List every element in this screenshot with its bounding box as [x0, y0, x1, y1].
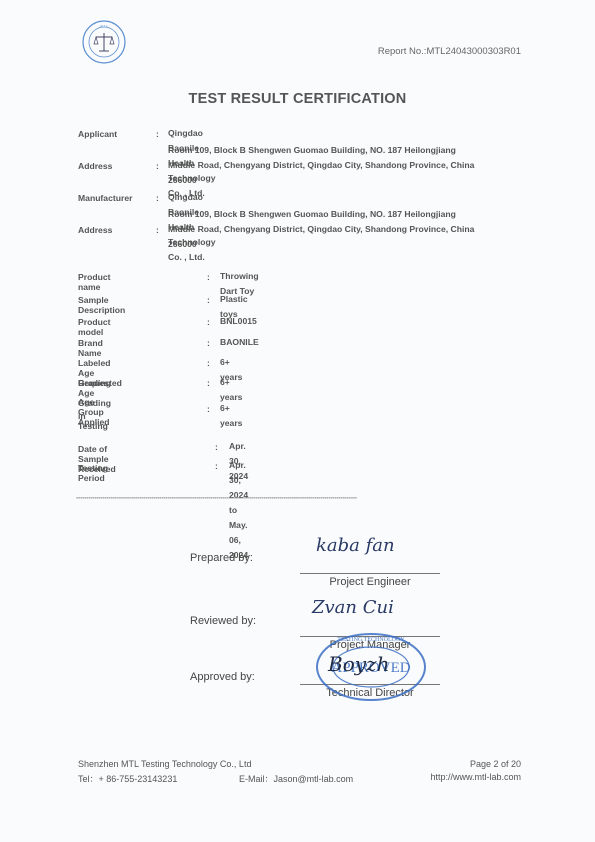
approved-signature: Boyzh — [328, 652, 389, 676]
footer-email[interactable]: E-Mail：Jason@mtl-lab.com — [239, 772, 353, 785]
prepared-signature: kaba fan — [316, 535, 395, 556]
applicant-address-value: Room 109, Block B Shengwen Guomao Buildi… — [168, 143, 538, 188]
approved-by-label: Approved by: — [190, 671, 255, 683]
svg-text:M T L: M T L — [100, 24, 108, 28]
separator: ****************************************… — [76, 497, 516, 503]
prepared-by-label: Prepared by: — [190, 552, 253, 564]
footer-tel: Tel：+ 86-755-23143231 — [78, 772, 177, 785]
reviewed-by-label: Reviewed by: — [190, 615, 256, 627]
report-number: Report No.:MTL24043000303R01 — [378, 46, 521, 57]
signature-line — [300, 573, 440, 574]
mtl-seal-logo-icon: M T L — [82, 20, 126, 64]
reviewed-signature: Zvan Cui — [312, 597, 394, 618]
footer-company: Shenzhen MTL Testing Technology Co., Ltd — [78, 759, 251, 769]
manufacturer-label: Manufacturer — [78, 193, 132, 203]
document-title: TEST RESULT CERTIFICATION — [0, 91, 595, 107]
applicant-label: Applicant — [78, 129, 117, 139]
project-engineer-role: Project Engineer — [300, 576, 440, 588]
address-label: Address — [78, 225, 112, 235]
page-number: Page 2 of 20 — [470, 759, 521, 769]
manufacturer-address-value: Room 109, Block B Shengwen Guomao Buildi… — [168, 207, 538, 252]
address-label: Address — [78, 161, 112, 171]
svg-text:TESTING TECHNOLOGY: TESTING TECHNOLOGY — [337, 637, 405, 643]
footer-website[interactable]: http://www.mtl-lab.com — [430, 772, 521, 782]
